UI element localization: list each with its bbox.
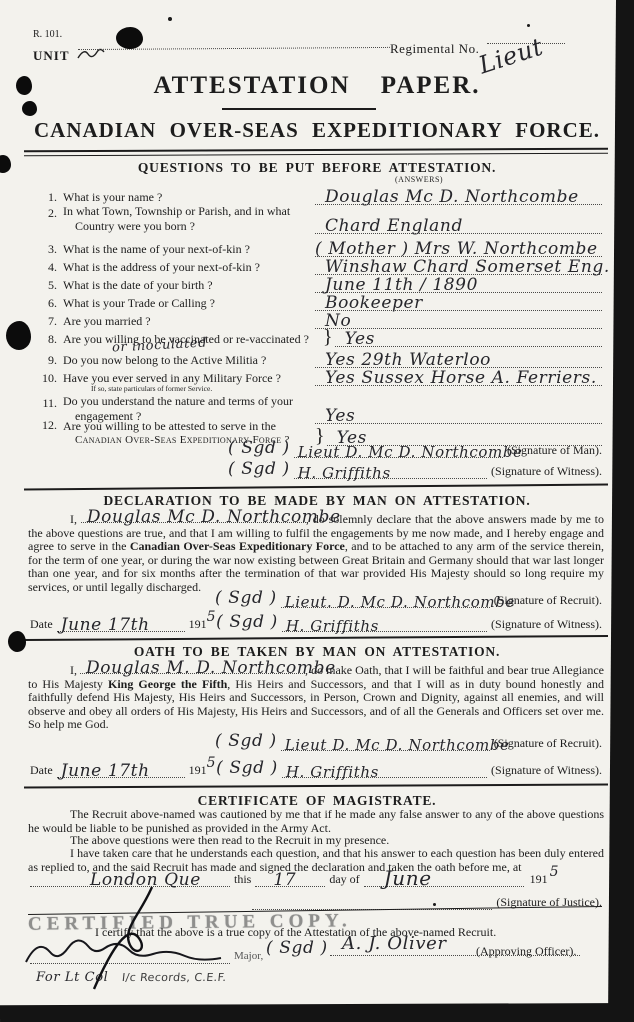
sgd-handwriting: ( Sgd ) [215,731,277,751]
year-handwriting: 5 [207,755,217,771]
unit-scribble [76,44,106,62]
approving-officer-label: (Approving Officer). [476,944,576,959]
answer-handwriting: Yes Sussex Horse A. Ferriers. [325,368,597,388]
sgd-handwriting: ( Sgd ) [266,938,328,958]
question-text: Have you ever served in any Military For… [63,371,281,385]
signature-line: H. Griffiths [282,613,487,632]
question-row-1: 1. What is your name ? Douglas Mc D. Nor… [35,188,602,205]
date-handwriting: June 17th [61,615,150,635]
answers-column-label: (ANSWERS) [395,175,443,184]
questions-heading: QUESTIONS TO BE PUT BEFORE ATTESTATION. [0,160,634,176]
day-handwriting: 17 [273,870,296,890]
question-note: If so, state particulars of former Servi… [91,384,212,393]
question-text: Are you willing to be attested to serve … [63,419,276,433]
signature-of-man-row: ( Sgd ) Lieut D. Mc D. Northcombe (Signa… [228,438,602,458]
oath-name-handwriting: Douglas M. D. Northcombe [86,662,336,676]
oath-recruit-signature-row: ( Sgd ) Lieut D. Mc D. Northcombe (Signa… [215,731,602,751]
question-number: 9. [35,353,57,368]
question-text: What is your name ? [63,190,162,204]
page-subtitle: CANADIAN OVER-SEAS EXPEDITIONARY FORCE. [0,118,634,143]
ink-speck [168,17,172,21]
attestation-paper-scan: R. 101. UNIT Regimental No. Lieut ATTEST… [0,0,634,1022]
sgd-handwriting: ( Sgd ) [228,459,290,479]
scan-edge-right [608,0,634,1022]
question-number: 1. [35,190,57,205]
answer-line: Yes [335,326,602,347]
day-of-label: day of [329,872,359,887]
signature-of-recruit-label: (Signature of Recruit). [494,736,602,751]
oath-date-row: Date June 17th 191 5 ( Sgd ) H. Griffith… [30,758,602,778]
question-row-10: 10. Have you ever served in any Military… [35,369,602,386]
month-handwriting: June [384,866,432,890]
declaration-date-row: Date June 17th 191 5 ( Sgd ) H. Griffith… [30,612,602,632]
day-line: 17 [255,868,325,887]
answer-handwriting: Chard England [325,216,463,236]
question-text: In what Town, Township or Parish, and in… [63,204,290,218]
signature-of-witness-label: (Signature of Witness). [491,763,602,778]
question-row-2: 2. In what Town, Township or Parish, and… [35,206,602,234]
ink-blob [8,631,26,652]
sgd-handwriting: ( Sgd ) [216,758,278,778]
recruit-signature-handwriting: Lieut D. Mc D. Northcombe [285,736,510,754]
question-number: 6. [35,296,57,311]
brace-glyph: } [323,326,333,349]
declaration-body-bold: Canadian Over-Seas Expeditionary Force [130,539,345,553]
question-number: 3. [35,242,57,257]
date-handwriting: June 17th [61,761,150,781]
page-title: ATTESTATION PAPER. [0,72,634,100]
section-rule [24,483,608,490]
signature-line: H. Griffiths [282,759,487,778]
question-number: 5. [35,278,57,293]
pen-flourish [80,885,170,995]
year-printed: 191 [189,763,207,778]
i-label: I, [70,512,77,526]
year-printed: 191 [189,617,207,632]
scan-edge-bottom [0,1003,634,1022]
answer-line: Chard England [315,213,602,234]
question-number: 7. [35,314,57,329]
date-line: June 17th [57,759,185,778]
magistrate-paragraph-1: The Recruit above-named was cautioned by… [28,808,604,835]
question-number: 8. [35,332,57,347]
section-rule [24,783,608,788]
section-rule [24,635,608,641]
signature-line: H. Griffiths [294,460,487,479]
date-label: Date [30,617,53,632]
question-number: 11. [35,396,57,411]
witness-signature-handwriting: H. Griffiths [298,464,391,482]
ink-blob [116,27,143,49]
ink-blob [6,321,31,350]
major-label: Major, [234,950,263,962]
witness-signature-handwriting: H. Griffiths [286,617,379,635]
declaration-name-handwriting: Douglas Mc D. Northcombe [87,511,341,525]
sgd-handwriting: ( Sgd ) [215,588,277,608]
ink-speck [433,903,436,906]
declaration-recruit-signature-row: ( Sgd ) Lieut. D. Mc D. Northcombe (Sign… [215,588,602,608]
answer-line: Douglas Mc D. Northcombe [315,184,602,205]
signature-line: Lieut D. Mc D. Northcombe [294,439,503,458]
sgd-handwriting: ( Sgd ) [228,438,290,458]
date-label: Date [30,763,53,778]
year-handwriting: 5 [550,864,560,880]
oath-body-bold: King George the Fifth [108,677,227,691]
question-number: 10. [35,371,57,386]
signature-of-witness-label: (Signature of Witness). [491,617,602,632]
oath-name-line: Douglas M. D. Northcombe [80,659,305,674]
ink-blob [22,101,37,116]
question-number: 4. [35,260,57,275]
regimental-no-label: Regimental No. [390,41,479,57]
answer-line: Yes Sussex Horse A. Ferriers. [315,365,602,386]
ink-speck [527,24,530,27]
question-text: What is the name of your next-of-kin ? [63,242,250,256]
form-number: R. 101. [33,29,62,40]
question-text: Do you now belong to the Active Militia … [63,353,266,367]
i-label: I, [70,663,77,677]
question-text: Do you understand the nature and terms o… [63,394,293,408]
declaration-name-line: Douglas Mc D. Northcombe [81,508,306,523]
month-line: June [364,868,524,887]
recruit-signature-handwriting: Lieut. D. Mc D. Northcombe [285,593,515,611]
question-text: What is the address of your next-of-kin … [63,260,260,274]
question-text: What is the date of your birth ? [63,278,213,292]
signature-of-witness-row: ( Sgd ) H. Griffiths (Signature of Witne… [228,459,602,479]
unit-label: UNIT [33,48,70,64]
question-number: 12. [35,418,57,433]
signature-line: Lieut. D. Mc D. Northcombe [281,589,490,608]
question-text: Are you married ? [63,314,151,328]
signature-of-witness-label: (Signature of Witness). [491,464,602,479]
ink-blob [16,76,32,95]
this-label: this [234,872,251,887]
date-line: June 17th [57,613,185,632]
question-text-line2: Country were you born ? [75,219,315,234]
year-printed: 191 [530,872,548,887]
oath-paragraph: I, Douglas M. D. Northcombe, do make Oat… [28,659,604,732]
signature-line: Lieut D. Mc D. Northcombe [281,732,490,751]
answer-handwriting: Douglas Mc D. Northcombe [325,187,579,207]
title-underline [222,108,376,110]
question-number: 2. [35,206,57,221]
sgd-handwriting: ( Sgd ) [216,612,278,632]
declaration-paragraph: I, Douglas Mc D. Northcombe, do solemnly… [28,508,604,595]
witness-signature-handwriting: H. Griffiths [286,763,379,781]
question-text: What is your Trade or Calling ? [63,296,215,310]
year-handwriting: 5 [207,609,217,625]
officer-signature-handwriting: A. J. Oliver [342,933,447,954]
answer-handwriting: Yes [345,329,375,349]
double-rule-bottom [24,152,608,156]
double-rule-top [24,148,608,153]
